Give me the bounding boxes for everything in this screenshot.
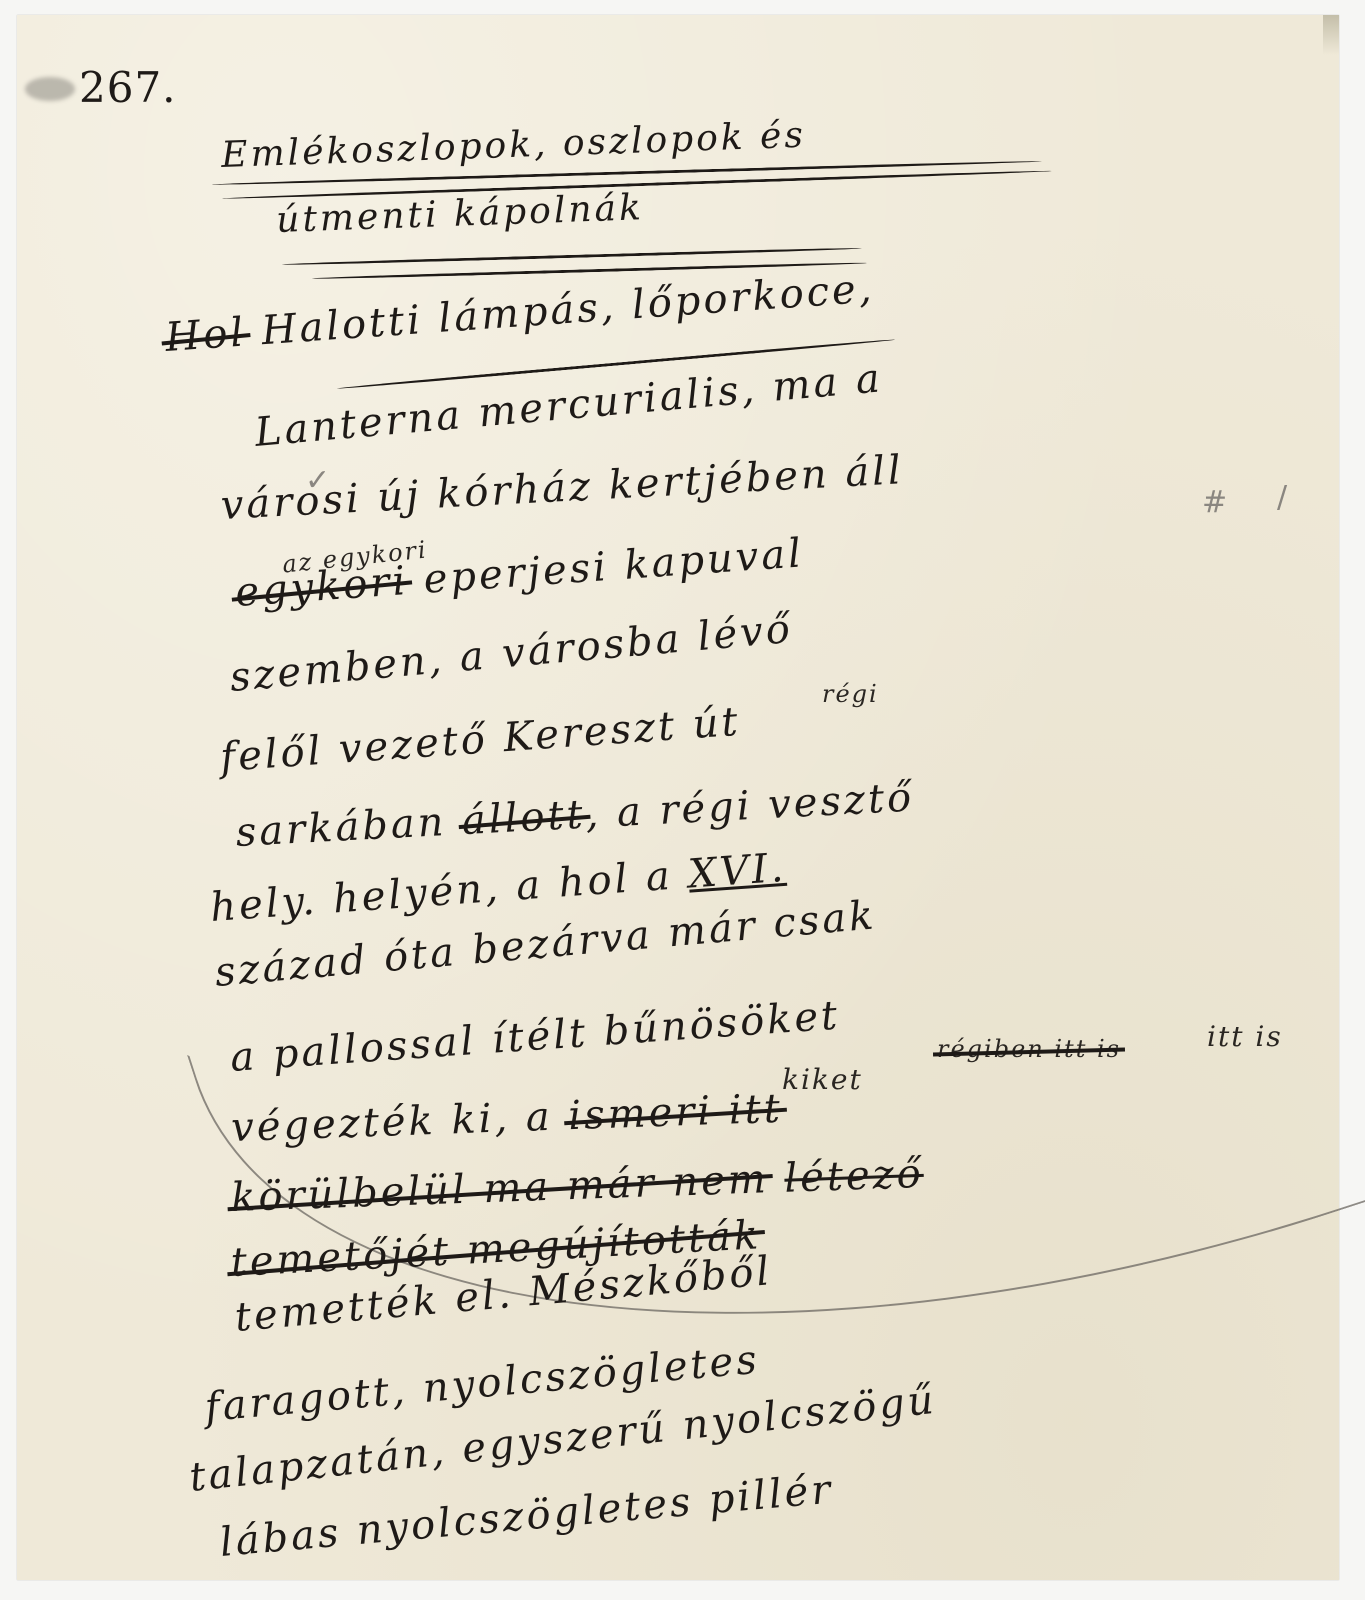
text-line-3: városi új kórház kertjében áll	[220, 447, 905, 529]
text-line-7: sarkában állott, a régi vesztő	[235, 775, 916, 856]
title-line-1: Emlékoszlopok, oszlopok és	[221, 115, 807, 176]
line-text: létező	[784, 1151, 925, 1202]
line-text: sarkában	[235, 799, 448, 856]
text-line-5: szemben, a városba lévő	[228, 606, 795, 701]
text-line-4: egykori eperjesi kapuval	[234, 530, 806, 616]
margin-slash-icon: /	[1277, 480, 1287, 515]
insertion-above: régi	[822, 680, 879, 708]
manuscript-page: 267. Emlékoszlopok, oszlopok és útmenti …	[17, 15, 1339, 1580]
struck-word: egykori	[234, 558, 410, 616]
text-line-2: Lanterna mercurialis, ma a	[253, 355, 885, 456]
struck-word: Hol	[164, 309, 248, 361]
line-text: eperjesi kapuval	[422, 530, 805, 602]
line-text-2: , a régi vesztő	[584, 775, 915, 838]
text-line-6: felől vezető Kereszt út	[219, 699, 742, 781]
corner-stain	[1323, 15, 1339, 55]
line-text: felől vezető	[219, 716, 490, 781]
text-line-1: Hol Halotti lámpás, lőporkoce,	[164, 266, 876, 361]
struck-word: állott	[461, 792, 587, 844]
page-number: 267.	[79, 63, 177, 112]
line-text-2: Kereszt út	[502, 699, 742, 761]
title-underline-3	[282, 247, 862, 266]
margin-hash-icon: #	[1202, 485, 1227, 520]
ink-smudge	[25, 77, 75, 101]
line-text: Halotti lámpás, lőporkoce,	[260, 266, 876, 355]
